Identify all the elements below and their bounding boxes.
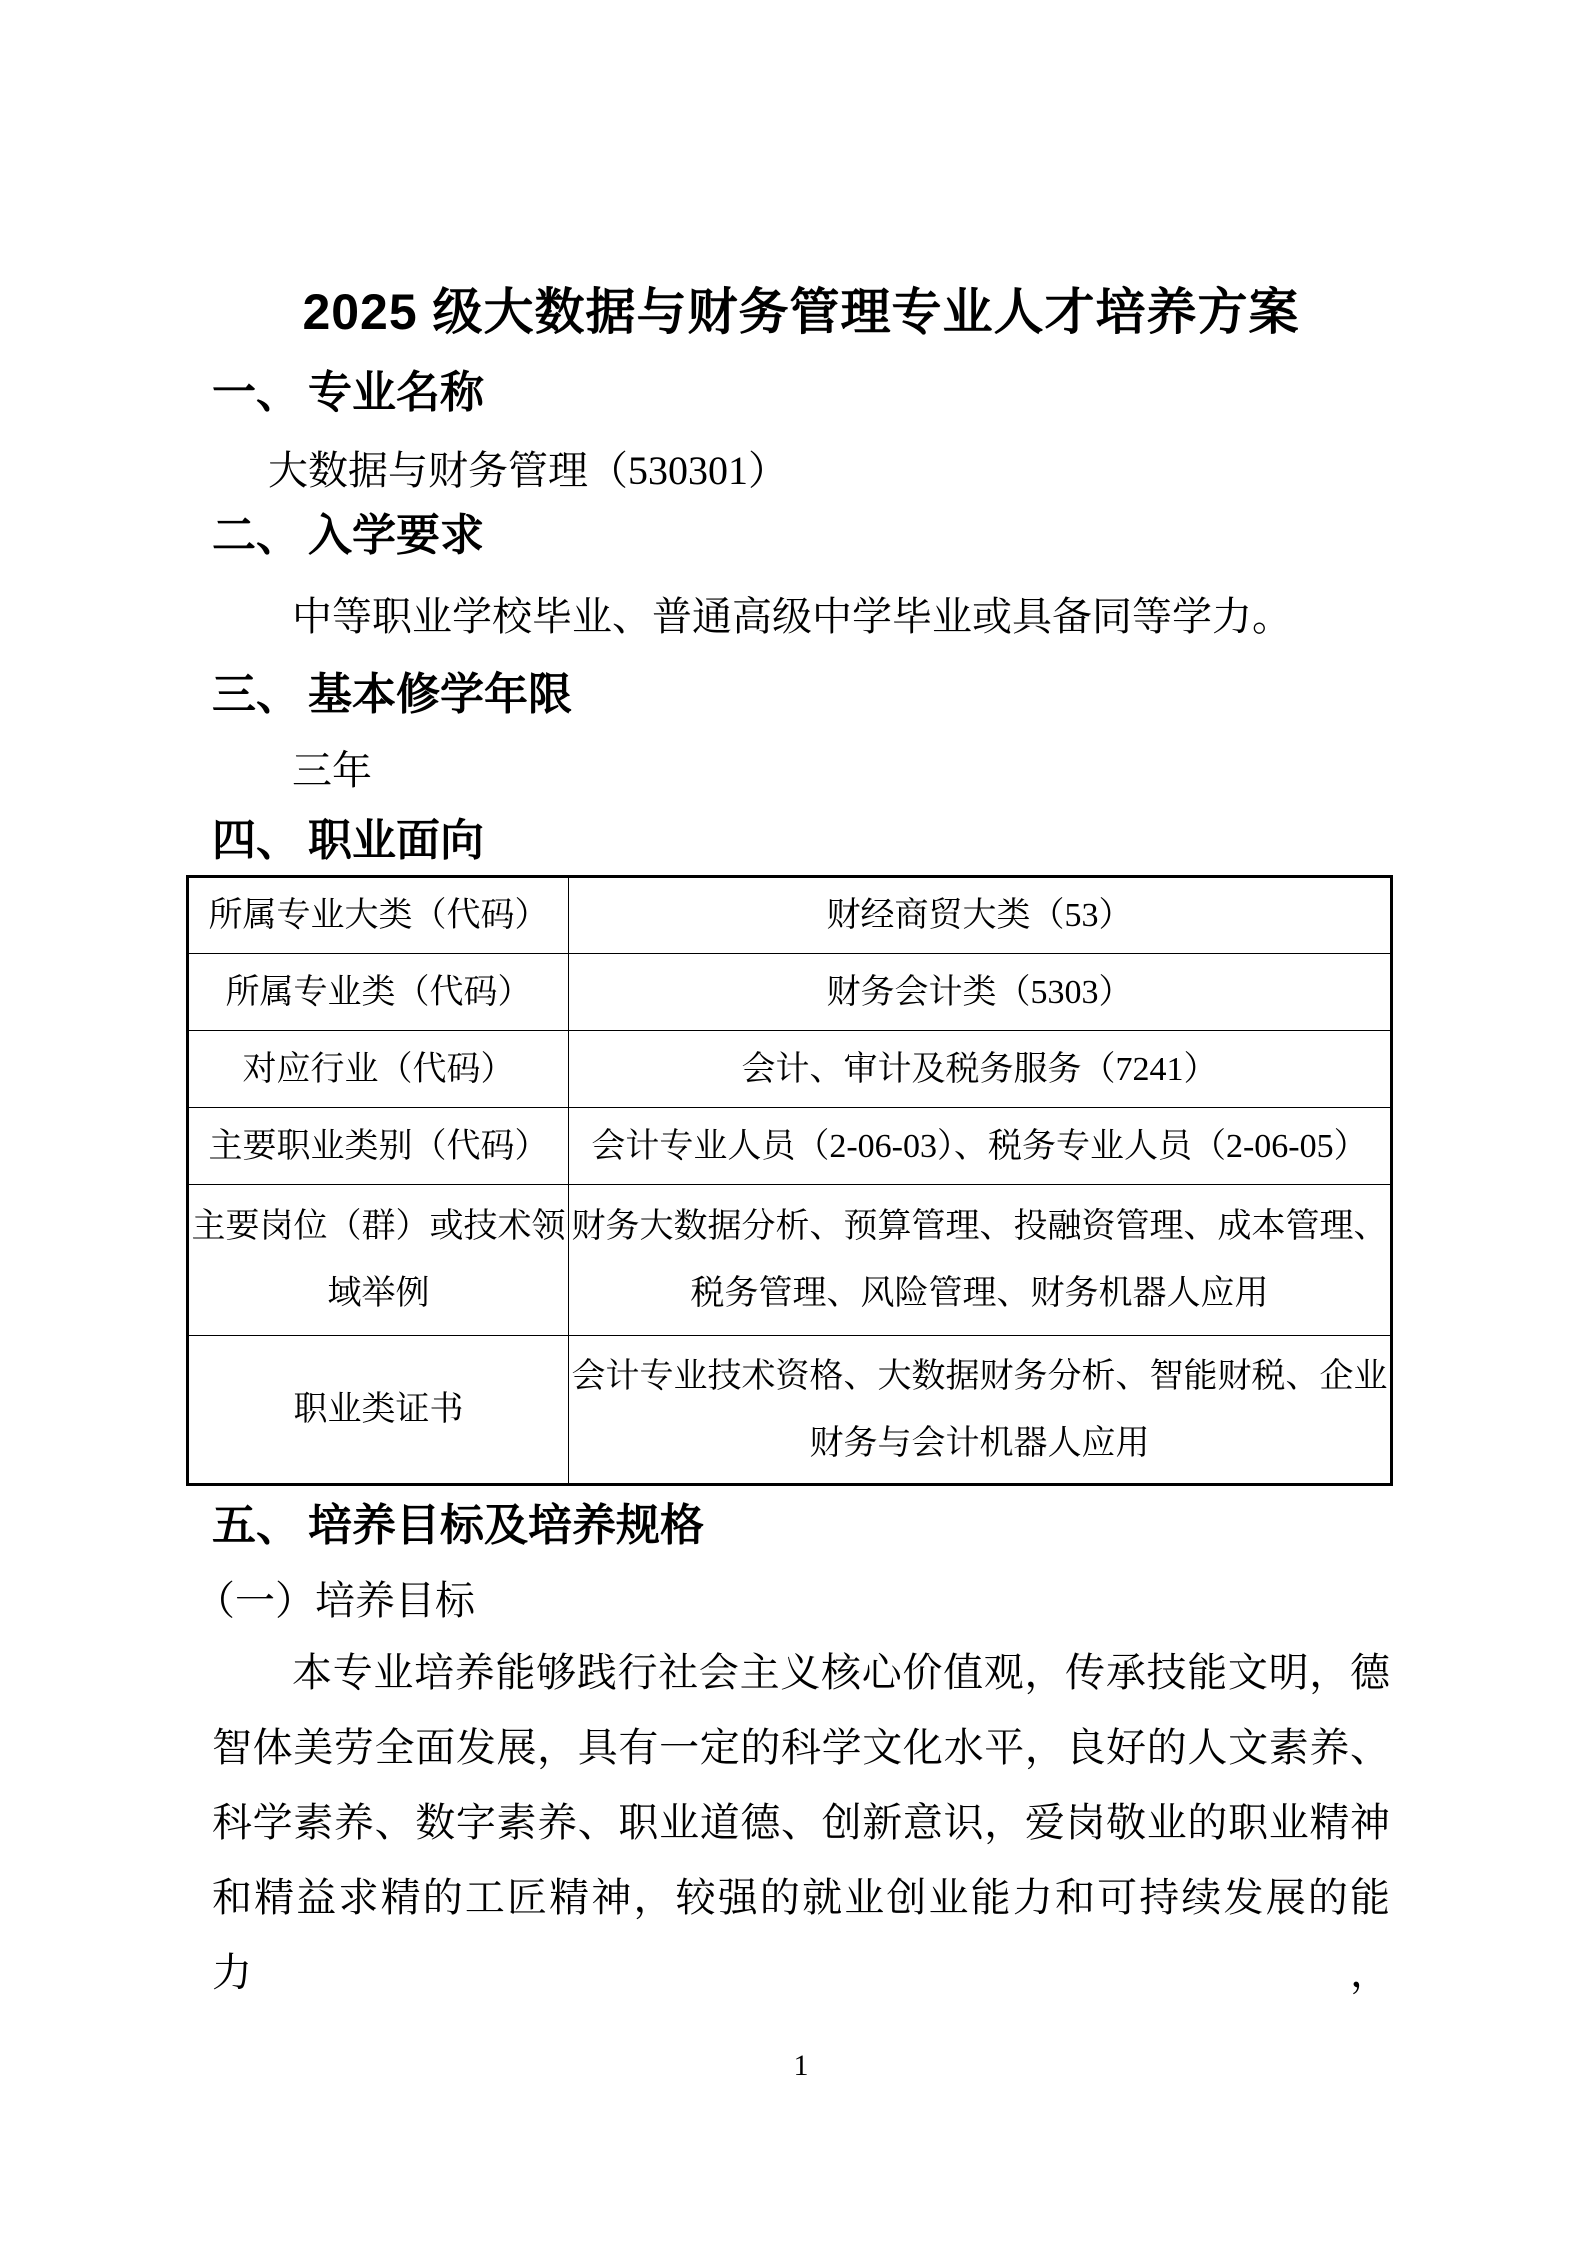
document-page: 2025 级大数据与财务管理专业人才培养方案 一、专业名称 大数据与财务管理（5… — [0, 0, 1588, 2245]
row-label: 对应行业（代码） — [191, 1036, 566, 1103]
table-row: 对应行业（代码） 会计、审计及税务服务（7241） — [188, 1031, 1392, 1108]
career-orientation-table: 所属专业大类（代码） 财经商贸大类（53） 所属专业类（代码） 财务会计类（53… — [186, 875, 1393, 1486]
row-label-cell: 所属专业类（代码） — [188, 954, 569, 1031]
section-title-5: 培养目标及培养规格 — [308, 1501, 704, 1550]
row-label: 主要岗位（群）或技术领域举例 — [191, 1193, 566, 1327]
table-row: 所属专业大类（代码） 财经商贸大类（53） — [188, 877, 1392, 954]
row-label: 所属专业类（代码） — [191, 959, 566, 1026]
page-number: 1 — [212, 2051, 1390, 2081]
row-value: 财务会计类（5303） — [571, 959, 1388, 1026]
section-number-1: 一、 — [212, 368, 300, 417]
table-row: 所属专业类（代码） 财务会计类（5303） — [188, 954, 1392, 1031]
row-label-cell: 主要岗位（群）或技术领域举例 — [188, 1185, 569, 1336]
section-title-2: 入学要求 — [308, 511, 484, 560]
row-label: 主要职业类别（代码） — [191, 1113, 566, 1180]
entry-requirement-line: 中等职业学校毕业、普通高级中学毕业或具备同等学力。 — [292, 597, 1292, 637]
section-heading-3: 三、基本修学年限 — [212, 673, 572, 717]
table-row: 职业类证书 会计专业技术资格、大数据财务分析、智能财税、企业财务与会计机器人应用 — [188, 1336, 1392, 1485]
row-value-cell: 财经商贸大类（53） — [569, 877, 1392, 954]
section-number-5: 五、 — [212, 1501, 300, 1550]
training-objectives-paragraph: 本专业培养能够践行社会主义核心价值观，传承技能文明，德智体美劳全面发展，具有一定… — [212, 1636, 1390, 2011]
section-title-1: 专业名称 — [308, 368, 484, 417]
table-row: 主要职业类别（代码） 会计专业人员（2-06-03）、税务专业人员（2-06-0… — [188, 1108, 1392, 1185]
row-label-cell: 职业类证书 — [188, 1336, 569, 1485]
major-name-line: 大数据与财务管理（530301） — [268, 451, 788, 491]
study-years-line: 三年 — [292, 751, 372, 791]
row-value: 财经商贸大类（53） — [571, 882, 1388, 949]
table-row: 主要岗位（群）或技术领域举例 财务大数据分析、预算管理、投融资管理、成本管理、税… — [188, 1185, 1392, 1336]
row-value-cell: 财务会计类（5303） — [569, 954, 1392, 1031]
section-heading-5: 五、培养目标及培养规格 — [212, 1504, 704, 1548]
row-value: 财务大数据分析、预算管理、投融资管理、成本管理、税务管理、风险管理、财务机器人应… — [571, 1193, 1388, 1327]
row-label: 职业类证书 — [191, 1376, 566, 1443]
row-value-cell: 会计专业技术资格、大数据财务分析、智能财税、企业财务与会计机器人应用 — [569, 1336, 1392, 1485]
row-label-cell: 主要职业类别（代码） — [188, 1108, 569, 1185]
row-value-cell: 会计、审计及税务服务（7241） — [569, 1031, 1392, 1108]
section-heading-2: 二、入学要求 — [212, 514, 484, 558]
sub-heading-training-objectives: （一）培养目标 — [195, 1581, 475, 1621]
section-number-2: 二、 — [212, 511, 300, 560]
section-title-4: 职业面向 — [308, 816, 484, 865]
section-number-4: 四、 — [212, 816, 300, 865]
section-number-3: 三、 — [212, 670, 300, 719]
row-value: 会计专业技术资格、大数据财务分析、智能财税、企业财务与会计机器人应用 — [571, 1343, 1388, 1477]
section-heading-1: 一、专业名称 — [212, 371, 484, 415]
row-label-cell: 所属专业大类（代码） — [188, 877, 569, 954]
row-value: 会计专业人员（2-06-03）、税务专业人员（2-06-05） — [571, 1113, 1388, 1180]
row-label-cell: 对应行业（代码） — [188, 1031, 569, 1108]
document-title: 2025 级大数据与财务管理专业人才培养方案 — [212, 287, 1390, 337]
section-heading-4: 四、职业面向 — [212, 819, 484, 863]
row-label: 所属专业大类（代码） — [191, 882, 566, 949]
section-title-3: 基本修学年限 — [308, 670, 572, 719]
row-value: 会计、审计及税务服务（7241） — [571, 1036, 1388, 1103]
row-value-cell: 会计专业人员（2-06-03）、税务专业人员（2-06-05） — [569, 1108, 1392, 1185]
row-value-cell: 财务大数据分析、预算管理、投融资管理、成本管理、税务管理、风险管理、财务机器人应… — [569, 1185, 1392, 1336]
